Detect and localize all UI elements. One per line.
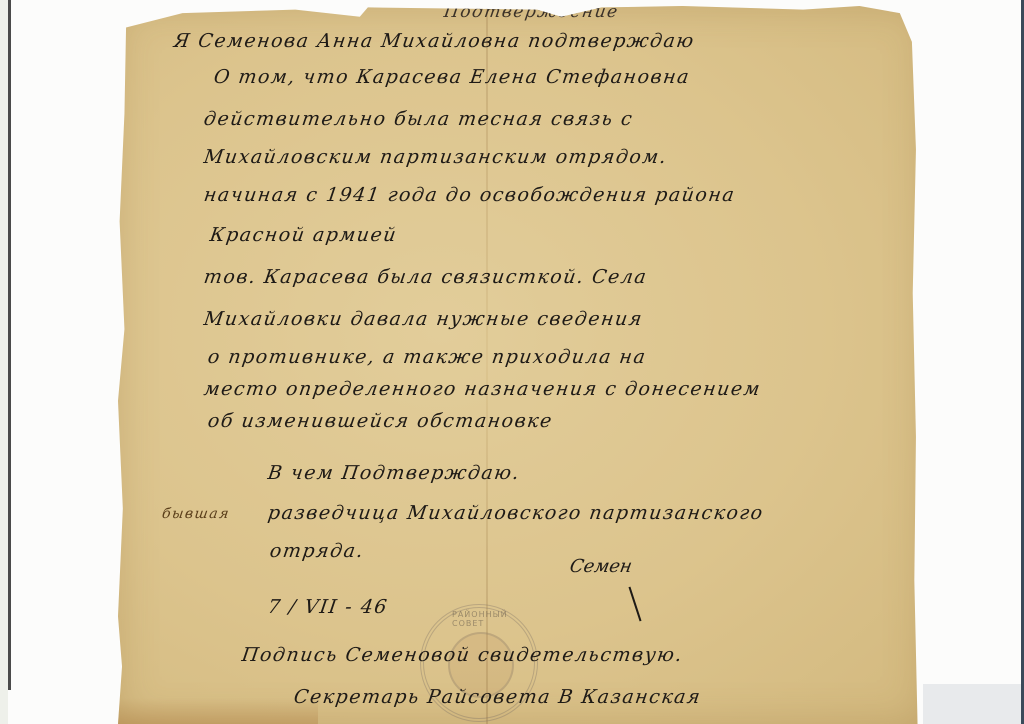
- attestation-line: Подпись Семеновой свидетельствую.: [240, 644, 684, 666]
- body-line-5: начиная с 1941 года до освобождения райо…: [202, 184, 736, 206]
- scanner-corner: [923, 684, 1021, 724]
- body-line-8: Михайловки давала нужные сведения: [202, 308, 644, 330]
- role-line-1: разведчица Михайловского партизанского: [266, 502, 765, 524]
- body-line-1: Я Семенова Анна Михайловна подтверждаю: [172, 30, 696, 52]
- aged-paper-sheet: РАЙОННЫЙ СОВЕТ Подтверждение Я Семенова …: [118, 6, 924, 724]
- scanned-document-page: РАЙОННЫЙ СОВЕТ Подтверждение Я Семенова …: [0, 0, 1024, 724]
- water-stain: [118, 698, 318, 724]
- document-date: 7 / VII - 46: [266, 596, 389, 618]
- stamp-text: РАЙОННЫЙ СОВЕТ: [452, 610, 534, 628]
- secretary-line: Секретарь Райсовета В Казанская: [292, 686, 702, 708]
- body-line-10: место определенного назначения с донесен…: [202, 378, 762, 400]
- scanner-edge-line: [8, 0, 11, 690]
- signature: Семен: [568, 556, 634, 577]
- body-line-9: о противнике, а также приходила на: [206, 346, 647, 368]
- document-heading: Подтверждение: [443, 2, 620, 22]
- closing-line: В чем Подтверждаю.: [266, 462, 521, 484]
- body-line-4: Михайловским партизанским отрядом.: [202, 146, 668, 168]
- body-line-7: тов. Карасева была связисткой. Села: [202, 266, 648, 288]
- margin-note: бывшая: [161, 506, 231, 522]
- body-line-11: об изменившейся обстановке: [206, 410, 554, 432]
- signature-flourish: [628, 587, 641, 622]
- scanner-border-left: [0, 0, 8, 724]
- role-line-2: отряда.: [268, 540, 365, 562]
- body-line-6: Красной армией: [208, 224, 398, 246]
- body-line-2: О том, что Карасева Елена Стефановна: [212, 66, 691, 88]
- body-line-3: действительно была тесная связь с: [202, 108, 634, 130]
